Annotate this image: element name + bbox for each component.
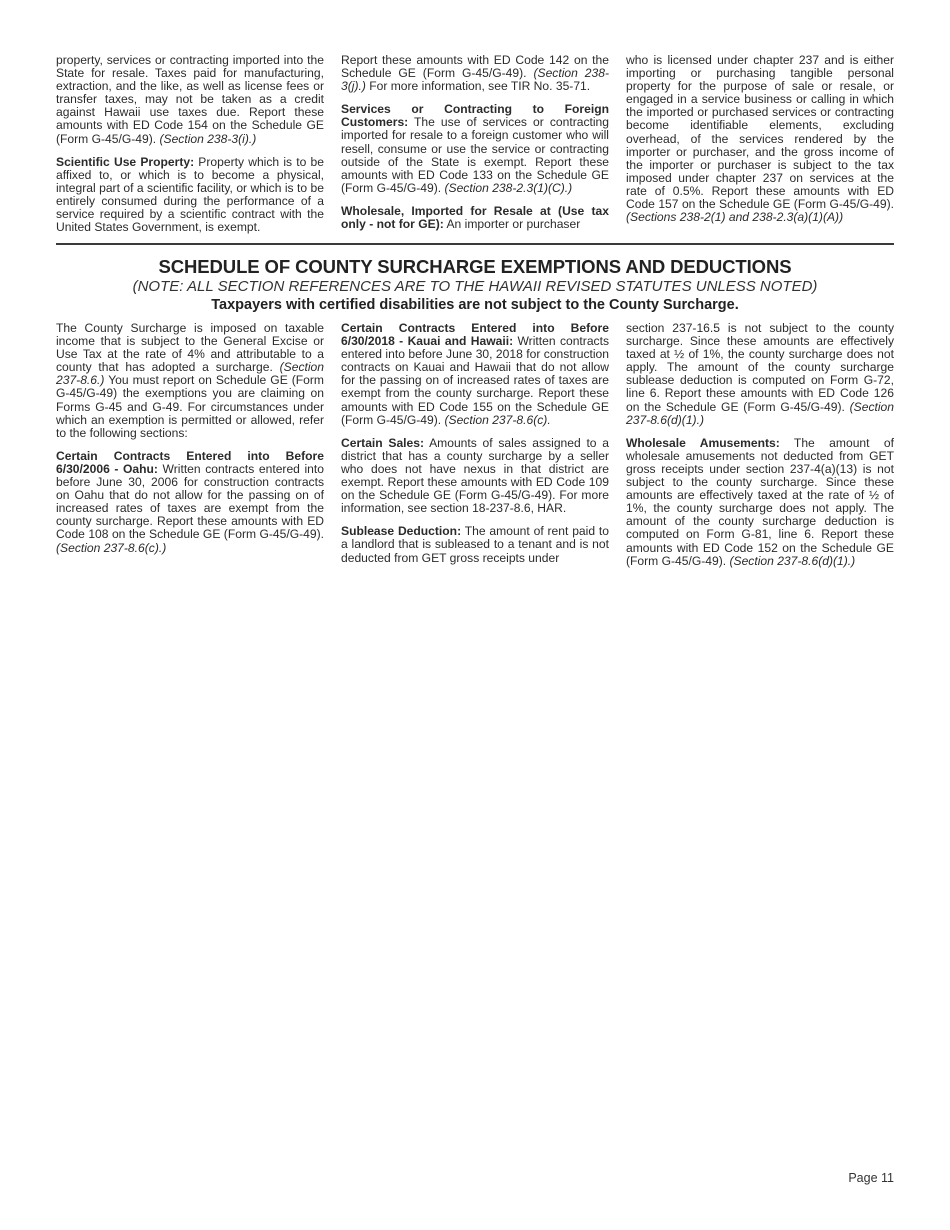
paragraph-wholesale-imported-continued: who is licensed under chapter 237 and is… — [626, 54, 894, 224]
paragraph-heading: Sublease Deduction: — [341, 524, 461, 538]
top-column-2: Report these amounts with ED Code 142 on… — [341, 54, 609, 234]
paragraph-text: For more information, see TIR No. 35-71. — [366, 79, 590, 93]
paragraph-scientific-use-property: Scientific Use Property: Property which … — [56, 156, 324, 235]
bottom-column-2: Certain Contracts Entered into Before 6/… — [341, 322, 609, 568]
section-citation: (Section 238-2.3(1)(C).) — [444, 181, 572, 195]
top-column-3: who is licensed under chapter 237 and is… — [626, 54, 894, 234]
paragraph-use-tax-resale-continued: property, services or contracting import… — [56, 54, 324, 146]
section-citation: (Sections 238-2(1) and 238-2.3(a)(1)(A)) — [626, 210, 843, 224]
paragraph-certain-sales: Certain Sales: Amounts of sales assigned… — [341, 437, 609, 516]
paragraph-county-surcharge-intro: The County Surcharge is imposed on taxab… — [56, 322, 324, 440]
paragraph-foreign-customers: Services or Contracting to Foreign Custo… — [341, 103, 609, 195]
paragraph-heading: Certain Sales: — [341, 436, 424, 450]
paragraph-contracts-kauai-hawaii: Certain Contracts Entered into Before 6/… — [341, 322, 609, 427]
paragraph-scientific-continued: Report these amounts with ED Code 142 on… — [341, 54, 609, 93]
paragraph-heading: Scientific Use Property: — [56, 155, 194, 169]
paragraph-wholesale-imported: Wholesale, Imported for Resale at (Use t… — [341, 205, 609, 231]
paragraph-text: who is licensed under chapter 237 and is… — [626, 53, 894, 211]
section-citation: (Section 237-8.6(c). — [444, 413, 550, 427]
paragraph-sublease-deduction: Sublease Deduction: The amount of rent p… — [341, 525, 609, 564]
section-citation: (Section 237-8.6(c).) — [56, 541, 166, 555]
bottom-column-3: section 237-16.5 is not subject to the c… — [626, 322, 894, 568]
bottom-column-1: The County Surcharge is imposed on taxab… — [56, 322, 324, 568]
paragraph-text: An importer or purchaser — [444, 217, 580, 231]
paragraph-text: The amount of wholesale amusements not d… — [626, 436, 894, 568]
page-number: Page 11 — [848, 1171, 894, 1185]
top-column-1: property, services or contracting import… — [56, 54, 324, 234]
schedule-title: SCHEDULE OF COUNTY SURCHARGE EXEMPTIONS … — [56, 256, 894, 277]
section-divider — [56, 243, 894, 245]
paragraph-sublease-continued: section 237-16.5 is not subject to the c… — [626, 322, 894, 427]
top-continued-section: property, services or contracting import… — [56, 54, 894, 234]
section-citation: (Section 237-8.6(d)(1).) — [729, 554, 855, 568]
paragraph-wholesale-amusements: Wholesale Amusements: The amount of whol… — [626, 437, 894, 568]
paragraph-contracts-oahu: Certain Contracts Entered into Before 6/… — [56, 450, 324, 555]
schedule-subtitle: Taxpayers with certified disabilities ar… — [56, 296, 894, 315]
schedule-heading: SCHEDULE OF COUNTY SURCHARGE EXEMPTIONS … — [56, 256, 894, 315]
schedule-note: (NOTE: ALL SECTION REFERENCES ARE TO THE… — [56, 277, 894, 296]
paragraph-heading: Wholesale Amusements: — [626, 436, 780, 450]
section-citation: (Section 238-3(i).) — [159, 132, 256, 146]
county-surcharge-section: The County Surcharge is imposed on taxab… — [56, 322, 894, 568]
